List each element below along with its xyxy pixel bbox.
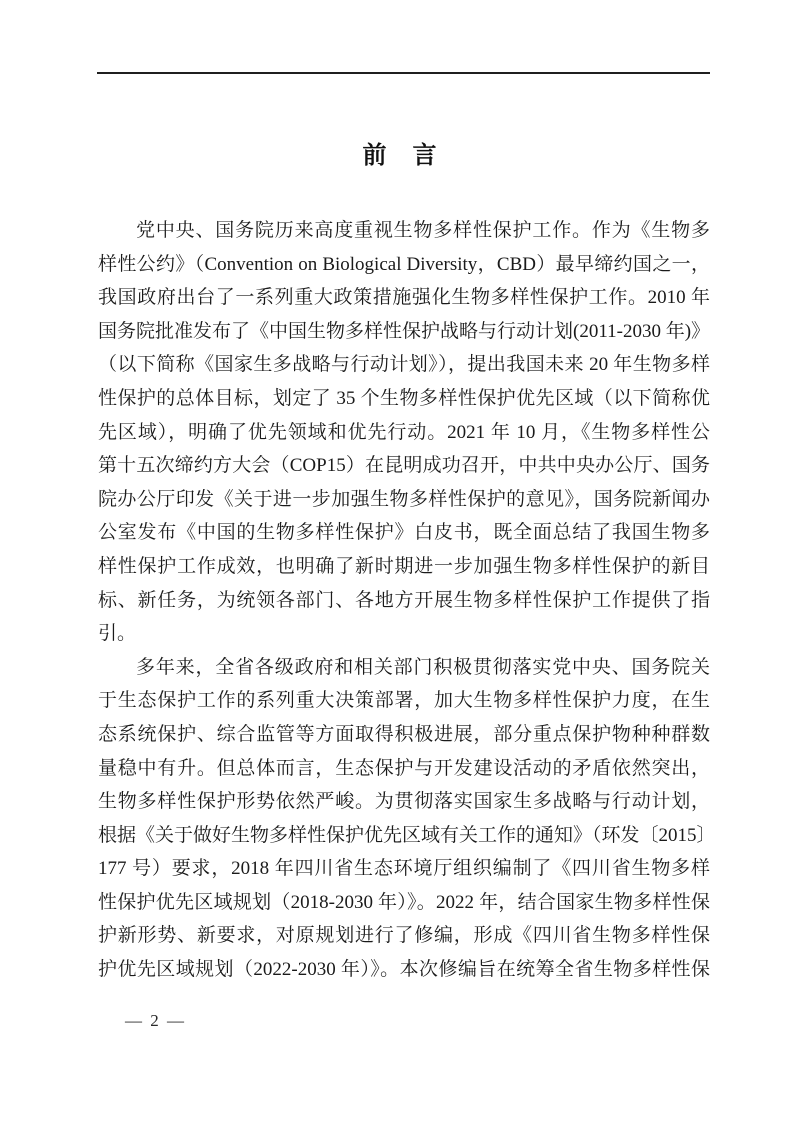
- body-line: 量稳中有升。但总体而言，生态保护与开发建设活动的矛盾依然突出，: [98, 752, 710, 786]
- page-number: — 2 —: [125, 1010, 186, 1032]
- body-line: 标、新任务，为统领各部门、各地方开展生物多样性保护工作提供了指: [98, 584, 710, 618]
- body-line: 性保护优先区域规划（2018-2030 年）》。2022 年，结合国家生物多样性…: [98, 886, 710, 920]
- body-line: 护新形势、新要求，对原规划进行了修编，形成《四川省生物多样性保: [98, 919, 710, 953]
- body-line: 国务院批准发布了《中国生物多样性保护战略与行动计划(2011-2030 年)》: [98, 315, 710, 349]
- body-line: 态系统保护、综合监管等方面取得积极进展，部分重点保护物种种群数: [98, 718, 710, 752]
- header-rule: [97, 72, 710, 74]
- body-line: 根据《关于做好生物多样性保护优先区域有关工作的通知》（环发〔2015〕: [98, 819, 710, 853]
- body-line: （以下简称《国家生多战略与行动计划》），提出我国未来 20 年生物多样: [98, 348, 710, 382]
- body-line: 引。: [98, 617, 710, 651]
- body-line: 生物多样性保护形势依然严峻。为贯彻落实国家生多战略与行动计划，: [98, 785, 710, 819]
- body-line: 第十五次缔约方大会（COP15）在昆明成功召开，中共中央办公厅、国务: [98, 449, 710, 483]
- body-line: 样性公约》（Convention on Biological Diversity…: [98, 248, 710, 282]
- document-body: 党中央、国务院历来高度重视生物多样性保护工作。作为《生物多 样性公约》（Conv…: [98, 214, 710, 987]
- body-line: 性保护的总体目标，划定了 35 个生物多样性保护优先区域（以下简称优: [98, 382, 710, 416]
- body-line: 我国政府出台了一系列重大政策措施强化生物多样性保护工作。2010 年: [98, 281, 710, 315]
- body-line: 党中央、国务院历来高度重视生物多样性保护工作。作为《生物多: [98, 214, 710, 248]
- body-line: 公室发布《中国的生物多样性保护》白皮书，既全面总结了我国生物多: [98, 516, 710, 550]
- body-line: 多年来，全省各级政府和相关部门积极贯彻落实党中央、国务院关: [98, 651, 710, 685]
- page-title: 前 言: [0, 141, 800, 171]
- body-line: 院办公厅印发《关于进一步加强生物多样性保护的意见》，国务院新闻办: [98, 483, 710, 517]
- document-page: 前 言 党中央、国务院历来高度重视生物多样性保护工作。作为《生物多 样性公约》（…: [0, 0, 800, 1132]
- body-line: 177 号）要求，2018 年四川省生态环境厅组织编制了《四川省生物多样: [98, 852, 710, 886]
- body-line: 护优先区域规划（2022-2030 年）》。本次修编旨在统筹全省生物多样性保: [98, 953, 710, 987]
- body-line: 于生态保护工作的系列重大决策部署，加大生物多样性保护力度，在生: [98, 684, 710, 718]
- body-line: 先区域），明确了优先领域和优先行动。2021 年 10 月，《生物多样性公约》: [98, 416, 710, 450]
- body-line: 样性保护工作成效，也明确了新时期进一步加强生物多样性保护的新目: [98, 550, 710, 584]
